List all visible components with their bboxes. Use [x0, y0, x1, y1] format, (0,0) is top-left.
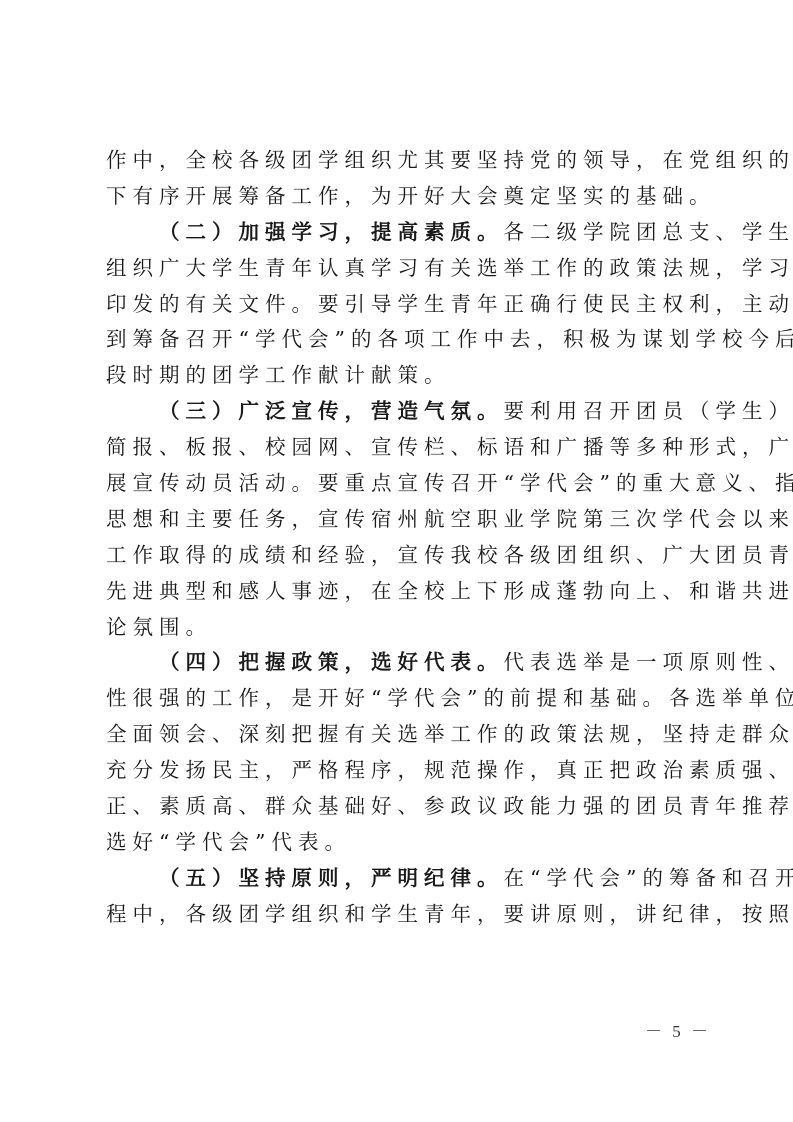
text-run: 在“学代会”的筹备和召开过 — [504, 866, 793, 890]
text-line: 作中，全校各级团学组织尤其要坚持党的领导，在党组织的领导 — [106, 143, 696, 179]
text-line: （四）把握政策，选好代表。代表选举是一项原则性、程序 — [106, 645, 696, 681]
section-heading: （二）加强学习，提高素质。 — [159, 220, 504, 244]
text-line: 简报、板报、校园网、宣传栏、标语和广播等多种形式，广泛开 — [106, 430, 696, 466]
text-run: 要利用召开团员（学生）大会、 — [504, 399, 793, 423]
text-line: 程中，各级团学组织和学生青年，要讲原则，讲纪律，按照上级 — [106, 897, 696, 933]
paragraph-study: （二）加强学习，提高素质。各二级学院团总支、学生会要 组织广大学生青年认真学习有… — [106, 215, 696, 394]
text-line: 充分发扬民主，严格程序，规范操作，真正把政治素质强、作风 — [106, 753, 696, 789]
text-line: 组织广大学生青年认真学习有关选举工作的政策法规，学习学校 — [106, 251, 696, 287]
text-line: 思想和主要任务，宣传宿州航空职业学院第三次学代会以来团学 — [106, 502, 696, 538]
text-line: 全面领会、深刻把握有关选举工作的政策法规，坚持走群众路线， — [106, 717, 696, 753]
text-line: （二）加强学习，提高素质。各二级学院团总支、学生会要 — [106, 215, 696, 251]
text-line: 性很强的工作，是开好“学代会”的前提和基础。各选举单位要 — [106, 681, 696, 717]
text-line: 下有序开展筹备工作，为开好大会奠定坚实的基础。 — [106, 179, 696, 215]
paragraph-publicity: （三）广泛宣传，营造气氛。要利用召开团员（学生）大会、 简报、板报、校园网、宣传… — [106, 394, 696, 645]
section-heading: （四）把握政策，选好代表。 — [159, 650, 504, 674]
text-line: 先进典型和感人事迹，在全校上下形成蓬勃向上、和谐共进的舆 — [106, 574, 696, 610]
paragraph-policy: （四）把握政策，选好代表。代表选举是一项原则性、程序 性很强的工作，是开好“学代… — [106, 645, 696, 860]
document-body: 作中，全校各级团学组织尤其要坚持党的领导，在党组织的领导 下有序开展筹备工作，为… — [106, 143, 696, 933]
text-line: 印发的有关文件。要引导学生青年正确行使民主权利，主动投入 — [106, 287, 696, 323]
text-line: （五）坚持原则，严明纪律。在“学代会”的筹备和召开过 — [106, 861, 696, 897]
text-line: 工作取得的成绩和经验，宣传我校各级团组织、广大团员青年的 — [106, 538, 696, 574]
text-line: 段时期的团学工作献计献策。 — [106, 358, 696, 394]
text-line: 选好“学代会”代表。 — [106, 825, 696, 861]
text-line: （三）广泛宣传，营造气氛。要利用召开团员（学生）大会、 — [106, 394, 696, 430]
text-line: 论氛围。 — [106, 610, 696, 646]
text-line: 到筹备召开“学代会”的各项工作中去，积极为谋划学校今后一 — [106, 322, 696, 358]
text-run: 代表选举是一项原则性、程序 — [504, 650, 793, 674]
text-run: 各二级学院团总支、学生会要 — [504, 220, 793, 244]
text-line: 正、素质高、群众基础好、参政议政能力强的团员青年推荐出来， — [106, 789, 696, 825]
text-line: 展宣传动员活动。要重点宣传召开“学代会”的重大意义、指导 — [106, 466, 696, 502]
section-heading: （五）坚持原则，严明纪律。 — [159, 866, 504, 890]
paragraph-discipline: （五）坚持原则，严明纪律。在“学代会”的筹备和召开过 程中，各级团学组织和学生青… — [106, 861, 696, 933]
page-number: － 5 － — [645, 1017, 711, 1042]
paragraph-continuation: 作中，全校各级团学组织尤其要坚持党的领导，在党组织的领导 下有序开展筹备工作，为… — [106, 143, 696, 215]
section-heading: （三）广泛宣传，营造气氛。 — [159, 399, 504, 423]
